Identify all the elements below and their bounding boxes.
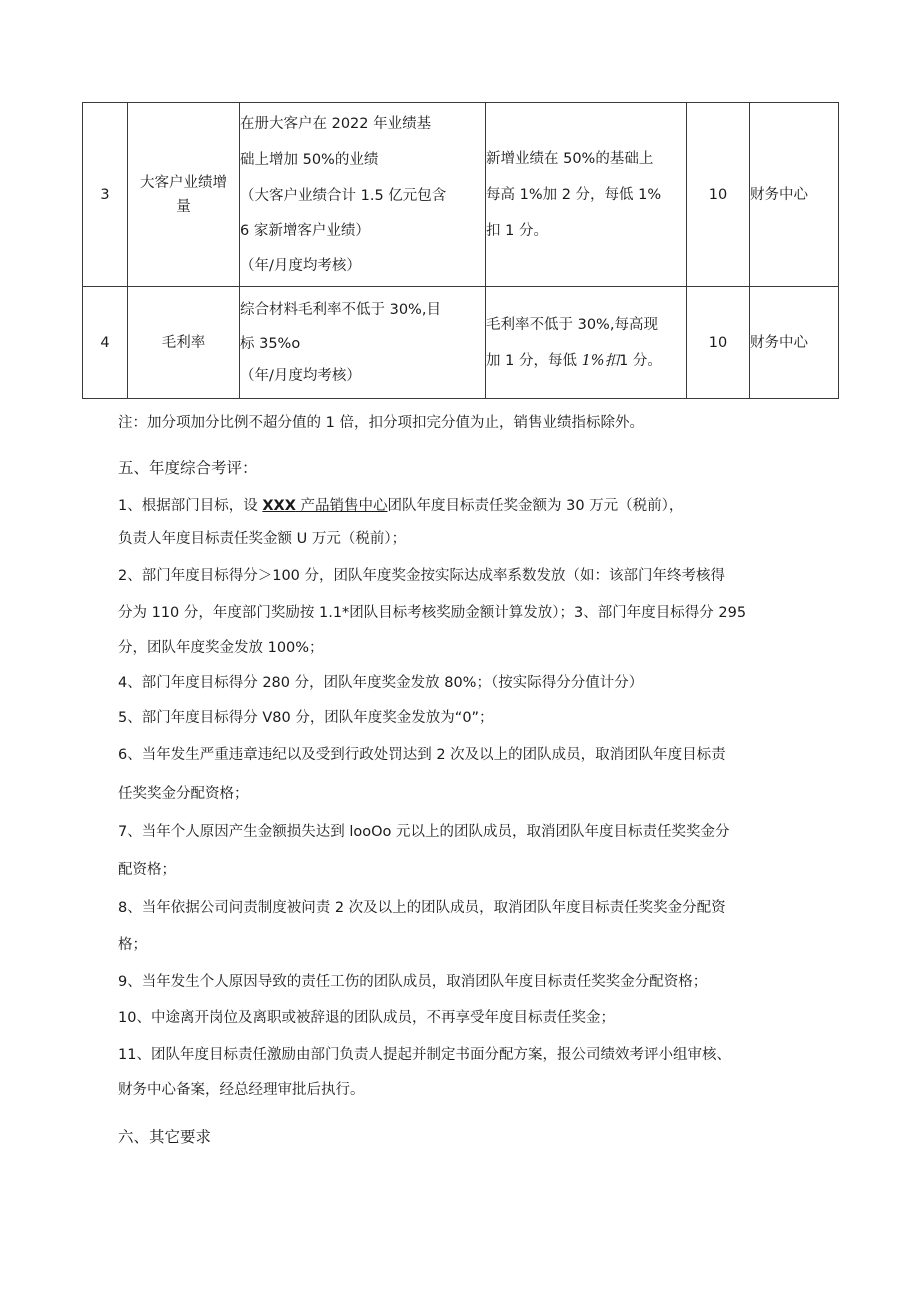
clause-6-cont: 任奖奖金分配资格；: [118, 784, 249, 804]
indicator-standard: 在册大客户在 2022 年业绩基 础上增加 50%的业绩 （大客户业绩合计 1.…: [240, 103, 486, 287]
row-number: 3: [83, 103, 128, 287]
indicator-name: 毛利率: [128, 287, 240, 399]
clause-3-cont: 分，团队年度奖金发放 100%；: [118, 638, 324, 658]
clause-5: 5、部门年度目标得分 V80 分，团队年度奖金发放为“0”；: [118, 708, 494, 728]
clause-2: 2、部门年度目标得分＞100 分，团队年度奖金按实际达成率系数发放（如：该部门年…: [118, 566, 725, 586]
clause-8: 8、当年依据公司问责制度被问责 2 次及以上的团队成员，取消团队年度目标责任奖奖…: [118, 898, 726, 918]
clause-11-cont: 财务中心备案，经总经理审批后执行。: [118, 1080, 365, 1100]
clause-7: 7、当年个人原因产生金额损失达到 looOo 元以上的团队成员，取消团队年度目标…: [118, 822, 730, 842]
document-page: 3 大客户业绩增 量 在册大客户在 2022 年业绩基 础上增加 50%的业绩 …: [0, 0, 920, 1301]
section-heading-5: 五、年度综合考评：: [118, 458, 258, 478]
scoring-rule: 新增业绩在 50%的基础上 每高 1%加 2 分，每低 1% 扣 1 分。: [486, 103, 687, 287]
table-row: 4 毛利率 综合材料毛利率不低于 30%,目 标 35%o （年/月度均考核） …: [83, 287, 839, 399]
row-number: 4: [83, 287, 128, 399]
table-row: 3 大客户业绩增 量 在册大客户在 2022 年业绩基 础上增加 50%的业绩 …: [83, 103, 839, 287]
responsible-dept: 财务中心: [750, 103, 839, 287]
clause-7-cont: 配资格；: [118, 860, 176, 880]
clause-4: 4、部门年度目标得分 280 分，团队年度奖金发放 80%；（按实际得分分值计分…: [118, 673, 643, 693]
clause-2-cont: 分为 110 分，年度部门奖励按 1.1*团队目标考核奖励金额计算发放）；3、部…: [118, 603, 746, 623]
indicator-name: 大客户业绩增 量: [128, 103, 240, 287]
responsible-dept: 财务中心: [750, 287, 839, 399]
table-note: 注：加分项加分比例不超分值的 1 倍，扣分项扣完分值为止，销售业绩指标除外。: [118, 413, 644, 433]
clause-10: 10、中途离开岗位及离职或被辞退的团队成员，不再享受年度目标责任奖金；: [118, 1008, 615, 1028]
clause-8-cont: 格；: [118, 935, 147, 955]
clause-11: 11、团队年度目标责任激励由部门负责人提起并制定书面分配方案，报公司绩效考评小组…: [118, 1045, 731, 1065]
score-value: 10: [687, 287, 750, 399]
clause-6: 6、当年发生严重违章违纪以及受到行政处罚达到 2 次及以上的团队成员，取消团队年…: [118, 745, 726, 765]
score-value: 10: [687, 103, 750, 287]
kpi-table: 3 大客户业绩增 量 在册大客户在 2022 年业绩基 础上增加 50%的业绩 …: [82, 102, 839, 399]
scoring-rule: 毛利率不低于 30%,每高现 加 1 分，每低 1%扣1 分。: [486, 287, 687, 399]
section-heading-6: 六、其它要求: [118, 1127, 211, 1147]
clause-1: 1、根据部门目标，设 XXX 产品销售中心团队年度目标责任奖金额为 30 万元（…: [118, 496, 683, 516]
clause-1-cont: 负责人年度目标责任奖金额 U 万元（税前）；: [118, 529, 406, 549]
clause-9: 9、当年发生个人原因导致的责任工伤的团队成员，取消团队年度目标责任奖奖金分配资格…: [118, 972, 707, 992]
indicator-standard: 综合材料毛利率不低于 30%,目 标 35%o （年/月度均考核）: [240, 287, 486, 399]
